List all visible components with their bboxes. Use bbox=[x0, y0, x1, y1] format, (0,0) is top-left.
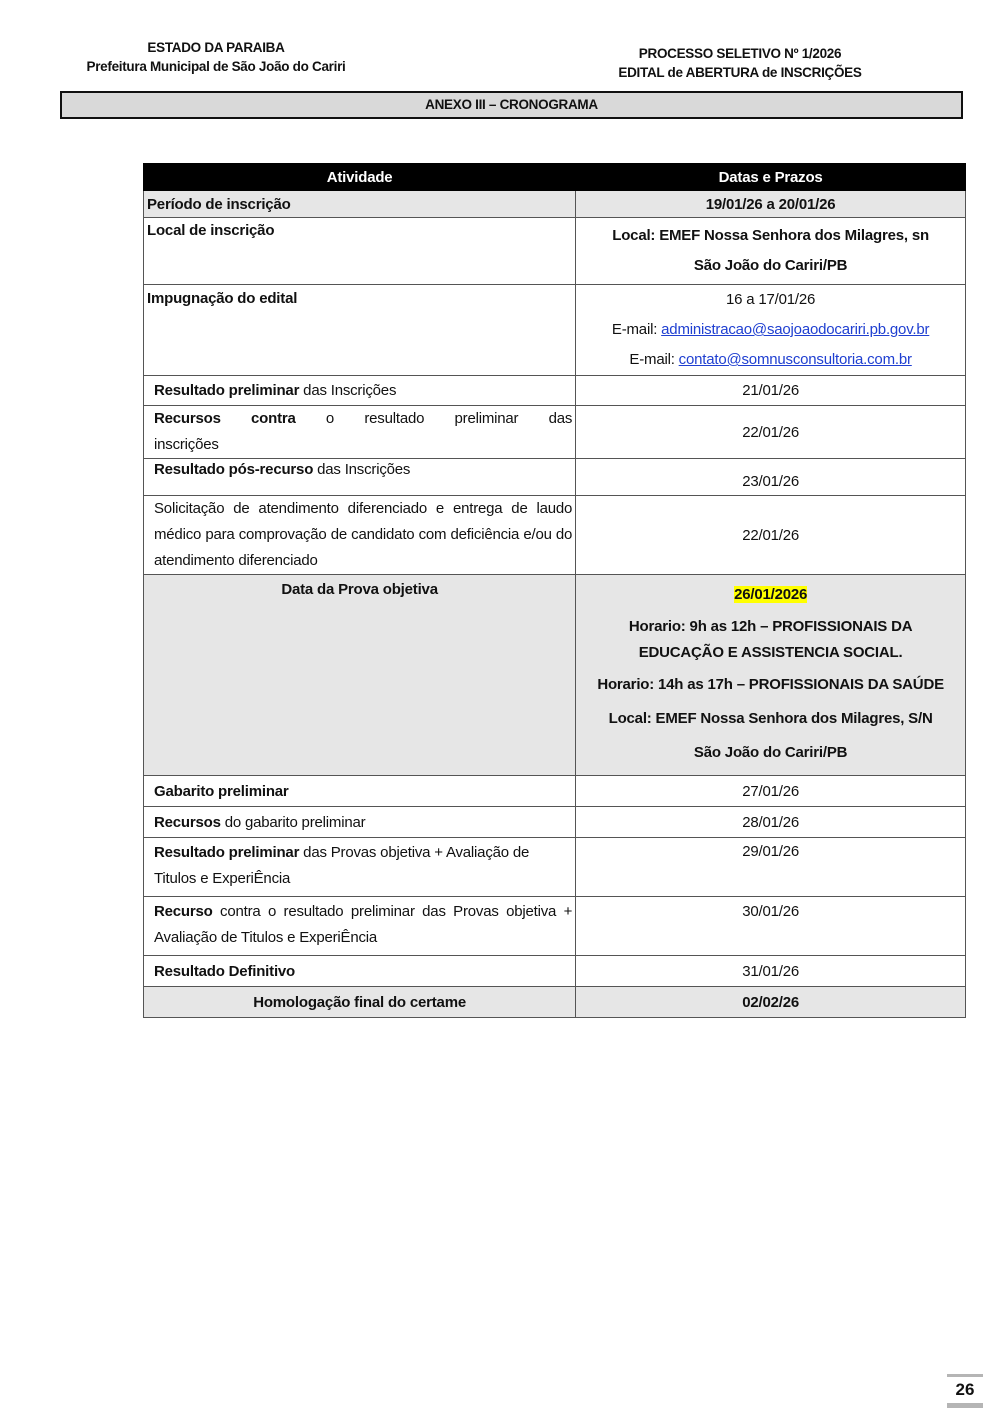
date-cell: 02/02/26 bbox=[576, 987, 966, 1018]
date-range: 16 a 17/01/26 bbox=[576, 285, 965, 315]
state-name: ESTADO DA PARAIBA bbox=[60, 38, 372, 57]
edital-title: EDITAL de ABERTURA de INSCRIÇÕES bbox=[590, 63, 890, 82]
column-header-activity: Atividade bbox=[144, 164, 576, 191]
email-link-administracao[interactable]: administracao@saojoaodocariri.pb.gov.br bbox=[661, 321, 929, 338]
date-cell: 21/01/26 bbox=[576, 376, 966, 406]
activity-bold: Resultado pós-recurso bbox=[154, 461, 313, 478]
exam-city: São João do Cariri/PB bbox=[576, 736, 965, 770]
email-link-contato[interactable]: contato@somnusconsultoria.com.br bbox=[679, 351, 912, 368]
activity-cell: Resultado Definitivo bbox=[144, 956, 576, 987]
exam-schedule-afternoon: Horario: 14h as 17h – PROFISSIONAIS DA S… bbox=[576, 668, 965, 702]
activity-cell: Local de inscrição bbox=[144, 218, 576, 285]
table-row: Resultado pós-recurso das Inscrições 23/… bbox=[144, 459, 966, 496]
header-right: PROCESSO SELETIVO Nº 1/2026 EDITAL de AB… bbox=[590, 44, 890, 82]
date-cell: 26/01/2026 Horario: 9h as 12h – PROFISSI… bbox=[576, 575, 966, 776]
activity-cell: Recurso contra o resultado preliminar da… bbox=[144, 897, 576, 956]
activity-cell: Impugnação do edital bbox=[144, 285, 576, 376]
activity-cell: Resultado preliminar das Inscrições bbox=[144, 376, 576, 406]
activity-cell: Homologação final do certame bbox=[144, 987, 576, 1018]
activity-cell: Solicitação de atendimento diferenciado … bbox=[144, 496, 576, 575]
schedule-table: Atividade Datas e Prazos Período de insc… bbox=[143, 163, 966, 1018]
exam-schedule-morning: Horario: 9h as 12h – PROFISSIONAIS DA ED… bbox=[576, 614, 965, 666]
exam-date-highlight: 26/01/2026 bbox=[734, 586, 807, 603]
activity-cell: Resultado pós-recurso das Inscrições bbox=[144, 459, 576, 496]
table-row: Recursos contra o resultado preliminar d… bbox=[144, 406, 966, 459]
table-header-row: Atividade Datas e Prazos bbox=[144, 164, 966, 191]
activity-bold: Resultado preliminar bbox=[154, 844, 299, 861]
date-cell: 22/01/26 bbox=[576, 496, 966, 575]
date-cell: 29/01/26 bbox=[576, 838, 966, 897]
activity-cell: Gabarito preliminar bbox=[144, 776, 576, 807]
date-cell: 31/01/26 bbox=[576, 956, 966, 987]
page-number-divider bbox=[947, 1403, 983, 1408]
table-row: Solicitação de atendimento diferenciado … bbox=[144, 496, 966, 575]
table-row: Homologação final do certame 02/02/26 bbox=[144, 987, 966, 1018]
table-row: Recursos do gabarito preliminar 28/01/26 bbox=[144, 807, 966, 838]
annex-title-bar: ANEXO III – CRONOGRAMA bbox=[60, 91, 963, 119]
process-title: PROCESSO SELETIVO Nº 1/2026 bbox=[590, 44, 890, 63]
activity-cell: Data da Prova objetiva bbox=[144, 575, 576, 776]
column-header-dates: Datas e Prazos bbox=[576, 164, 966, 191]
date-cell: 27/01/26 bbox=[576, 776, 966, 807]
table-row: Resultado preliminar das Inscrições 21/0… bbox=[144, 376, 966, 406]
table-row: Período de inscrição 19/01/26 a 20/01/26 bbox=[144, 191, 966, 218]
header-left: ESTADO DA PARAIBA Prefeitura Municipal d… bbox=[60, 38, 372, 76]
table-row: Data da Prova objetiva 26/01/2026 Horari… bbox=[144, 575, 966, 776]
table-row: Gabarito preliminar 27/01/26 bbox=[144, 776, 966, 807]
page-number: 26 bbox=[947, 1374, 983, 1408]
email-line-1: E-mail: administracao@saojoaodocariri.pb… bbox=[576, 315, 965, 345]
activity-rest: das Inscrições bbox=[299, 382, 396, 399]
date-cell: 23/01/26 bbox=[576, 459, 966, 496]
activity-bold: Recurso bbox=[154, 903, 213, 920]
location-city: São João do Cariri/PB bbox=[576, 251, 965, 281]
municipality-name: Prefeitura Municipal de São João do Cari… bbox=[60, 57, 372, 76]
exam-location: Local: EMEF Nossa Senhora dos Milagres, … bbox=[576, 702, 965, 736]
date-cell: 19/01/26 a 20/01/26 bbox=[576, 191, 966, 218]
activity-bold: Recursos contra bbox=[154, 410, 296, 427]
date-cell: 16 a 17/01/26 E-mail: administracao@saoj… bbox=[576, 285, 966, 376]
location-line: Local: EMEF Nossa Senhora dos Milagres, … bbox=[576, 221, 965, 251]
date-cell: 28/01/26 bbox=[576, 807, 966, 838]
activity-rest: das Inscrições bbox=[313, 461, 410, 478]
activity-rest: do gabarito preliminar bbox=[221, 814, 366, 831]
table-row: Resultado preliminar das Provas objetiva… bbox=[144, 838, 966, 897]
date-cell: Local: EMEF Nossa Senhora dos Milagres, … bbox=[576, 218, 966, 285]
page-number-text: 26 bbox=[947, 1377, 983, 1403]
activity-cell: Recursos do gabarito preliminar bbox=[144, 807, 576, 838]
email-label: E-mail: bbox=[629, 351, 674, 368]
date-cell: 22/01/26 bbox=[576, 406, 966, 459]
activity-cell: Período de inscrição bbox=[144, 191, 576, 218]
activity-cell: Resultado preliminar das Provas objetiva… bbox=[144, 838, 576, 897]
activity-bold: Resultado preliminar bbox=[154, 382, 299, 399]
email-line-2: E-mail: contato@somnusconsultoria.com.br bbox=[576, 345, 965, 375]
table-row: Resultado Definitivo 31/01/26 bbox=[144, 956, 966, 987]
activity-rest: contra o resultado preliminar das Provas… bbox=[154, 903, 572, 946]
activity-cell: Recursos contra o resultado preliminar d… bbox=[144, 406, 576, 459]
table-row: Recurso contra o resultado preliminar da… bbox=[144, 897, 966, 956]
email-label: E-mail: bbox=[612, 321, 657, 338]
table-row: Impugnação do edital 16 a 17/01/26 E-mai… bbox=[144, 285, 966, 376]
activity-bold: Recursos bbox=[154, 814, 221, 831]
table-row: Local de inscrição Local: EMEF Nossa Sen… bbox=[144, 218, 966, 285]
date-cell: 30/01/26 bbox=[576, 897, 966, 956]
exam-date: 26/01/2026 bbox=[576, 579, 965, 611]
